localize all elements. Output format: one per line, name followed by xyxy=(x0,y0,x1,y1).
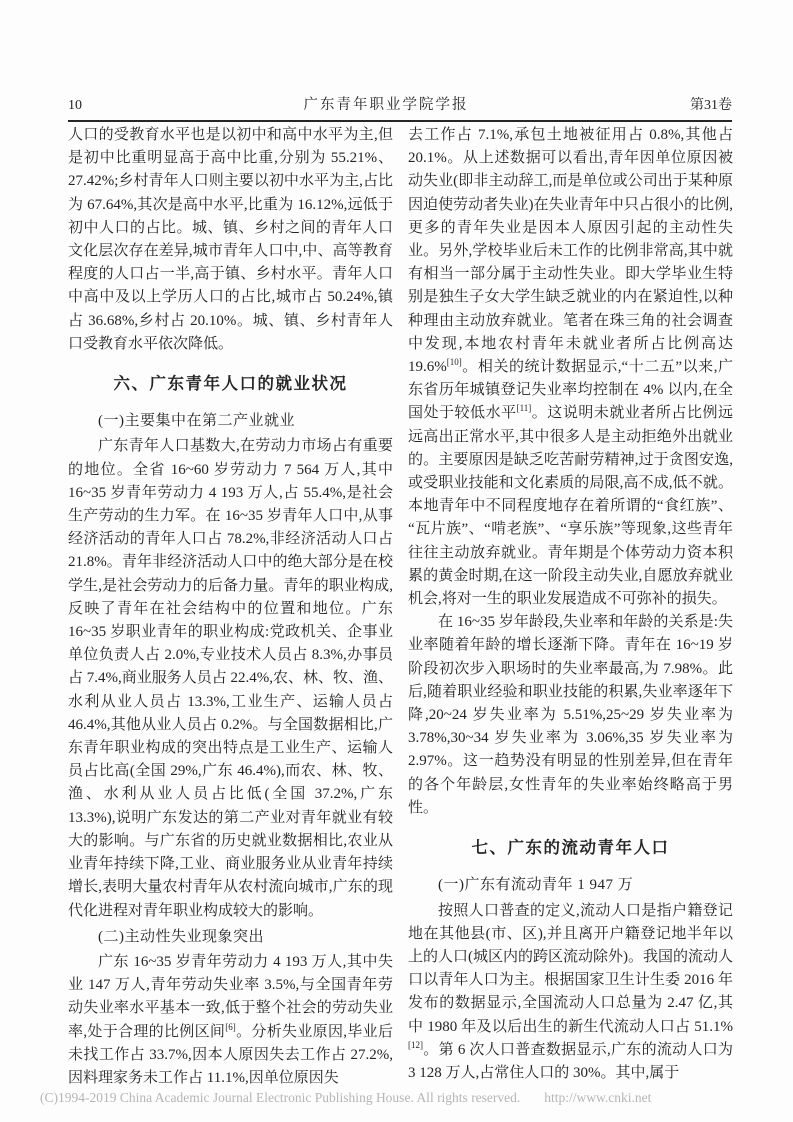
citation-ref-12: [12] xyxy=(408,1040,423,1050)
left-column: 人口的受教育水平也是以初中和高中水平为主,但是初中比重明显高于高中比重,分别为 … xyxy=(68,124,393,1090)
paragraph-migrant-definition: 按照人口普查的定义,流动人口是指户籍登记地在其他县(市、区),并且离开户籍登记地… xyxy=(408,900,733,1086)
volume-label: 第31卷 xyxy=(690,94,732,114)
paragraph-text: 广东青年人口基数大,在劳动力市场占有重要的地位。全省 16~60 岁劳动力 7 … xyxy=(68,438,393,918)
copyright-notice: (C)1994-2019 China Academic Journal Elec… xyxy=(40,1090,520,1105)
paragraph-text: 人口的受教育水平也是以初中和高中水平为主,但是初中比重明显高于高中比重,分别为 … xyxy=(68,127,393,352)
citation-ref-11: [11] xyxy=(517,403,532,413)
sub-heading-secondary-industry: (一)主要集中在第二产业就业 xyxy=(68,410,393,433)
section-heading-migrant-youth: 七、广东的流动青年人口 xyxy=(408,836,733,859)
citation-ref-6: [6] xyxy=(225,1022,236,1032)
page-number: 10 xyxy=(68,98,82,114)
paragraph-unemployment-analysis: 去工作占 7.1%,承包土地被征用占 0.8%,其他占 20.1%。从上述数据可… xyxy=(408,124,733,611)
page-footer: (C)1994-2019 China Academic Journal Elec… xyxy=(40,1090,651,1106)
paragraph-text: 。这说明未就业者所占比例远远高出正常水平,其中很多人是主动拒绝外出就业的。主要原… xyxy=(408,405,733,607)
article-body: 人口的受教育水平也是以初中和高中水平为主,但是初中比重明显高于高中比重,分别为 … xyxy=(68,124,733,1090)
section-heading-employment: 六、广东青年人口的就业状况 xyxy=(68,372,393,395)
sub-heading-voluntary-unemployment: (二)主动性失业现象突出 xyxy=(68,926,393,949)
right-column: 去工作占 7.1%,承包土地被征用占 0.8%,其他占 20.1%。从上述数据可… xyxy=(408,124,733,1090)
cnki-url: http://www.cnki.net xyxy=(544,1090,651,1105)
journal-title: 广东青年职业学院学报 xyxy=(304,93,469,114)
paragraph-text: 。第 6 次人口普查数据显示,广东的流动人口为 3 128 万人,占常住人口的 … xyxy=(408,1042,733,1081)
paragraph-unemployment-by-age: 在 16~35 岁年龄段,失业率和年龄的关系是:失业率随着年龄的增长逐渐下降。青… xyxy=(408,611,733,820)
citation-ref-10: [10] xyxy=(447,357,462,367)
paragraph-text: 在 16~35 岁年龄段,失业率和年龄的关系是:失业率随着年龄的增长逐渐下降。青… xyxy=(408,614,733,816)
page-header: 10 广东青年职业学院学报 第31卷 xyxy=(68,93,732,122)
paragraph-education-levels: 人口的受教育水平也是以初中和高中水平为主,但是初中比重明显高于高中比重,分别为 … xyxy=(68,124,393,356)
paragraph-occupation-structure: 广东青年人口基数大,在劳动力市场占有重要的地位。全省 16~60 岁劳动力 7 … xyxy=(68,435,393,922)
paragraph-text: 按照人口普查的定义,流动人口是指户籍登记地在其他县(市、区),并且离开户籍登记地… xyxy=(408,903,733,1035)
paragraph-text: 去工作占 7.1%,承包土地被征用占 0.8%,其他占 20.1%。从上述数据可… xyxy=(408,127,733,375)
sub-heading-migrant-youth-count: (一)广东有流动青年 1 947 万 xyxy=(408,874,733,897)
paragraph-unemployment-reasons: 广东 16~35 岁青年劳动力 4 193 万人,其中失业 147 万人,青年劳… xyxy=(68,951,393,1090)
